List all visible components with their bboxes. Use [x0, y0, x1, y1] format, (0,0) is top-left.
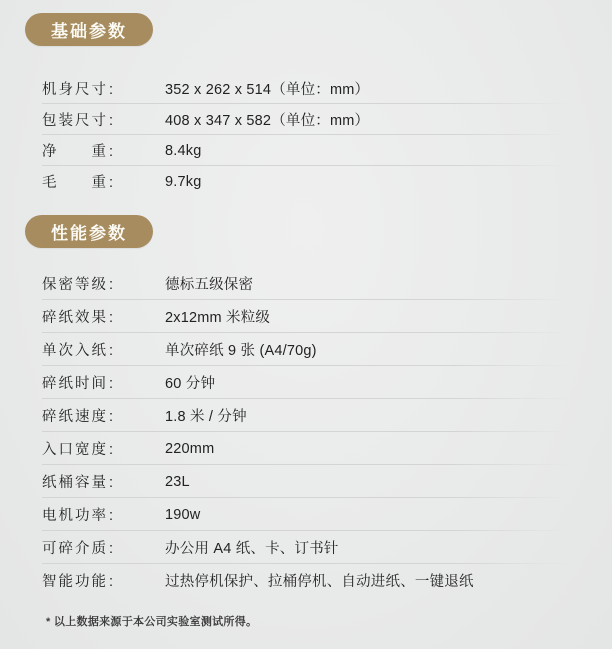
spec-label-block: 智能功能: — [42, 570, 165, 591]
spec-label: 纸桶容量 — [42, 471, 106, 492]
spec-colon: : — [109, 82, 113, 98]
section-badge-performance-label: 性能参数 — [51, 219, 127, 244]
spec-colon: : — [109, 376, 113, 392]
spec-value: 9.7kg — [165, 174, 570, 190]
spec-colon: : — [109, 508, 113, 524]
spec-label-block: 机身尺寸: — [42, 78, 165, 99]
spec-label-block: 纸桶容量: — [42, 471, 165, 492]
section-badge-basic: 基础参数 — [25, 13, 153, 46]
spec-label-block: 包装尺寸: — [42, 109, 165, 130]
spec-colon: : — [109, 541, 113, 557]
spec-label-block: 碎纸速度: — [42, 405, 165, 426]
spec-label: 碎纸效果 — [42, 306, 106, 327]
spec-value: 德标五级保密 — [165, 273, 570, 294]
section-badge-performance: 性能参数 — [25, 215, 153, 248]
spec-label-block: 保密等级: — [42, 273, 165, 294]
spec-label-block: 毛 重: — [42, 171, 165, 192]
spec-colon: : — [109, 409, 113, 425]
spec-row: 机身尺寸:352 x 262 x 514（单位：mm） — [42, 73, 570, 104]
spec-label: 电机功率 — [42, 504, 106, 525]
spec-row: 碎纸速度:1.8 米 / 分钟 — [42, 399, 570, 432]
spec-label: 毛 重 — [42, 171, 106, 192]
spec-colon: : — [109, 175, 113, 191]
spec-colon: : — [109, 442, 113, 458]
spec-label-block: 入口宽度: — [42, 438, 165, 459]
spec-value: 352 x 262 x 514（单位：mm） — [165, 78, 570, 99]
spec-row: 包装尺寸:408 x 347 x 582（单位：mm） — [42, 104, 570, 135]
spec-value: 60 分钟 — [165, 372, 570, 393]
spec-colon: : — [109, 475, 113, 491]
spec-label: 单次入纸 — [42, 339, 106, 360]
spec-colon: : — [109, 113, 113, 129]
spec-colon: : — [109, 343, 113, 359]
spec-value: 190w — [165, 507, 570, 523]
spec-value: 单次碎纸 9 张 (A4/70g) — [165, 339, 570, 360]
spec-label: 可碎介质 — [42, 537, 106, 558]
spec-row: 入口宽度:220mm — [42, 432, 570, 465]
spec-row: 保密等级:德标五级保密 — [42, 267, 570, 300]
spec-label-block: 可碎介质: — [42, 537, 165, 558]
spec-value: 220mm — [165, 441, 570, 457]
spec-value: 23L — [165, 474, 570, 490]
spec-label: 入口宽度 — [42, 438, 106, 459]
spec-label: 保密等级 — [42, 273, 106, 294]
spec-label: 机身尺寸 — [42, 78, 106, 99]
spec-value: 8.4kg — [165, 143, 570, 159]
spec-row: 电机功率:190w — [42, 498, 570, 531]
spec-row: 碎纸效果:2x12mm 米粒级 — [42, 300, 570, 333]
spec-sheet-page: 基础参数 机身尺寸:352 x 262 x 514（单位：mm）包装尺寸:408… — [0, 0, 612, 649]
spec-label: 净 重 — [42, 140, 106, 161]
spec-value: 办公用 A4 纸、卡、订书针 — [165, 537, 570, 558]
spec-label-block: 碎纸效果: — [42, 306, 165, 327]
spec-colon: : — [109, 144, 113, 160]
spec-label: 智能功能 — [42, 570, 106, 591]
spec-value: 408 x 347 x 582（单位：mm） — [165, 109, 570, 130]
spec-row: 智能功能:过热停机保护、拉桶停机、自动进纸、一键退纸 — [42, 564, 570, 597]
spec-value: 1.8 米 / 分钟 — [165, 405, 570, 426]
spec-colon: : — [109, 574, 113, 590]
spec-table-performance: 保密等级:德标五级保密碎纸效果:2x12mm 米粒级单次入纸:单次碎纸 9 张 … — [42, 267, 570, 597]
spec-label-block: 净 重: — [42, 140, 165, 161]
spec-value: 过热停机保护、拉桶停机、自动进纸、一键退纸 — [165, 570, 570, 591]
spec-row: 碎纸时间:60 分钟 — [42, 366, 570, 399]
spec-label-block: 碎纸时间: — [42, 372, 165, 393]
spec-row: 可碎介质:办公用 A4 纸、卡、订书针 — [42, 531, 570, 564]
section-badge-basic-label: 基础参数 — [51, 17, 127, 42]
spec-label: 碎纸速度 — [42, 405, 106, 426]
spec-row: 纸桶容量:23L — [42, 465, 570, 498]
spec-colon: : — [109, 310, 113, 326]
spec-label-block: 单次入纸: — [42, 339, 165, 360]
spec-label: 碎纸时间 — [42, 372, 106, 393]
spec-row: 毛 重:9.7kg — [42, 166, 570, 197]
spec-colon: : — [109, 277, 113, 293]
spec-label: 包装尺寸 — [42, 109, 106, 130]
spec-row: 单次入纸:单次碎纸 9 张 (A4/70g) — [42, 333, 570, 366]
footnote: * 以上数据来源于本公司实验室测试所得。 — [46, 613, 612, 629]
spec-table-basic: 机身尺寸:352 x 262 x 514（单位：mm）包装尺寸:408 x 34… — [42, 73, 570, 197]
spec-row: 净 重:8.4kg — [42, 135, 570, 166]
spec-value: 2x12mm 米粒级 — [165, 306, 570, 327]
spec-label-block: 电机功率: — [42, 504, 165, 525]
